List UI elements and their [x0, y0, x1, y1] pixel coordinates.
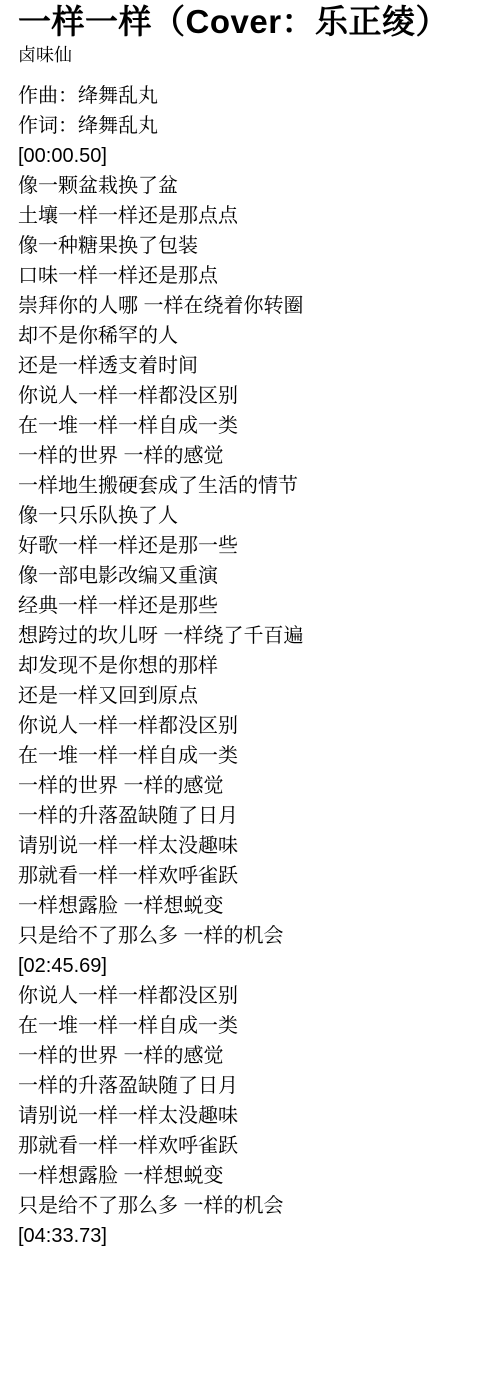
lyric-line: 那就看一样一样欢呼雀跃: [18, 1131, 480, 1161]
lyric-line: 你说人一样一样都没区别: [18, 711, 480, 741]
lyric-line: [00:00.50]: [18, 141, 480, 171]
lyric-line: 在一堆一样一样自成一类: [18, 741, 480, 771]
lyric-line: 你说人一样一样都没区别: [18, 381, 480, 411]
lyrics-body: 作曲：绛舞乱丸作词：绛舞乱丸[00:00.50]像一颗盆栽换了盆土壤一样一样还是…: [18, 81, 480, 1251]
lyric-line: 口味一样一样还是那点: [18, 261, 480, 291]
lyric-line: 在一堆一样一样自成一类: [18, 411, 480, 441]
lyric-line: 像一颗盆栽换了盆: [18, 171, 480, 201]
lyric-line: 却发现不是你想的那样: [18, 651, 480, 681]
lyric-line: 一样的世界 一样的感觉: [18, 1041, 480, 1071]
lyric-line: 像一部电影改编又重演: [18, 561, 480, 591]
lyric-line: 你说人一样一样都没区别: [18, 981, 480, 1011]
lyric-line: 还是一样又回到原点: [18, 681, 480, 711]
lyric-line: 在一堆一样一样自成一类: [18, 1011, 480, 1041]
lyric-line: [02:45.69]: [18, 951, 480, 981]
lyric-line: 作词：绛舞乱丸: [18, 111, 480, 141]
lyric-line: 还是一样透支着时间: [18, 351, 480, 381]
artist-name: 卤味仙: [18, 43, 480, 67]
song-title: 一样一样（Cover：乐正绫）: [18, 2, 480, 42]
lyric-line: 崇拜你的人哪 一样在绕着你转圈: [18, 291, 480, 321]
lyric-line: 那就看一样一样欢呼雀跃: [18, 861, 480, 891]
lyric-line: 一样的升落盈缺随了日月: [18, 801, 480, 831]
lyric-line: 一样想露脸 一样想蜕变: [18, 891, 480, 921]
lyric-line: 想跨过的坎儿呀 一样绕了千百遍: [18, 621, 480, 651]
lyric-line: 一样的世界 一样的感觉: [18, 441, 480, 471]
lyric-line: 一样的世界 一样的感觉: [18, 771, 480, 801]
lyric-line: 却不是你稀罕的人: [18, 321, 480, 351]
lyric-line: 只是给不了那么多 一样的机会: [18, 1191, 480, 1221]
lyric-line: 一样的升落盈缺随了日月: [18, 1071, 480, 1101]
lyric-line: 一样想露脸 一样想蜕变: [18, 1161, 480, 1191]
lyric-line: 一样地生搬硬套成了生活的情节: [18, 471, 480, 501]
lyric-line: 好歌一样一样还是那一些: [18, 531, 480, 561]
lyric-line: 像一种糖果换了包装: [18, 231, 480, 261]
lyric-line: 作曲：绛舞乱丸: [18, 81, 480, 111]
lyric-line: 请别说一样一样太没趣味: [18, 1101, 480, 1131]
lyric-line: 像一只乐队换了人: [18, 501, 480, 531]
lyric-line: 请别说一样一样太没趣味: [18, 831, 480, 861]
lyric-line: 土壤一样一样还是那点点: [18, 201, 480, 231]
lyric-line: 只是给不了那么多 一样的机会: [18, 921, 480, 951]
lyric-line: 经典一样一样还是那些: [18, 591, 480, 621]
lyric-line: [04:33.73]: [18, 1221, 480, 1251]
lyrics-page: 一样一样（Cover：乐正绫） 卤味仙 作曲：绛舞乱丸作词：绛舞乱丸[00:00…: [0, 0, 500, 1251]
